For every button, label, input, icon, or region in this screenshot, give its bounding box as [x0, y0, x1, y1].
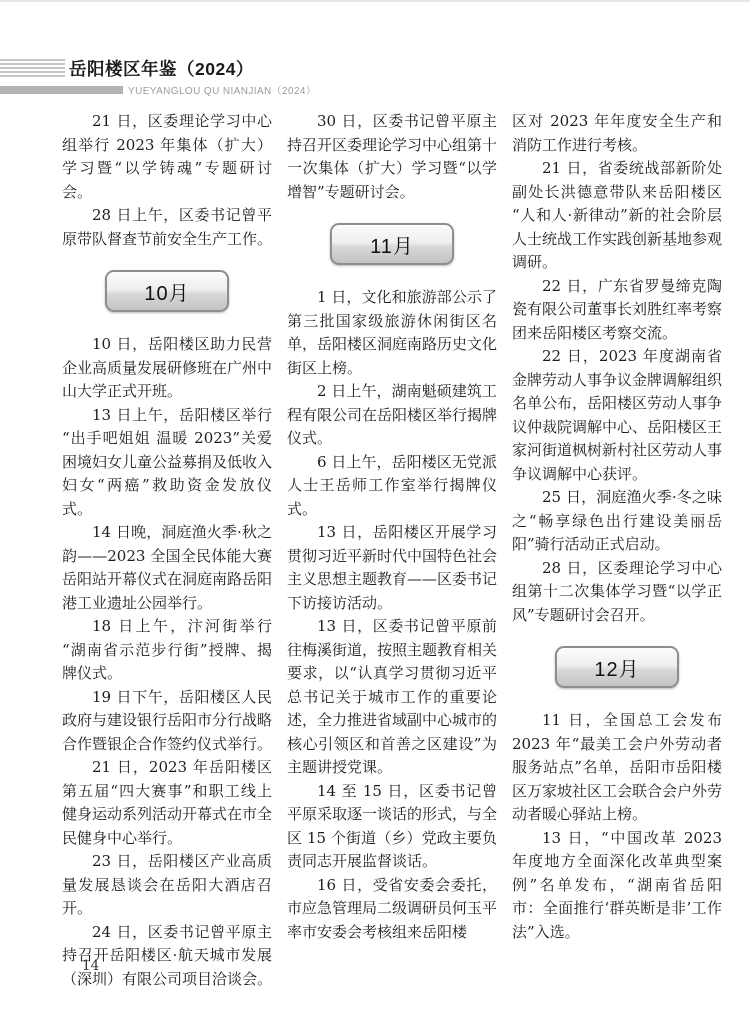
page-number: 14	[82, 958, 99, 974]
entry-paragraph: 25 日，洞庭渔火季·冬之味之“畅享绿色出行建设美丽岳阳”骑行活动正式启动。	[512, 486, 722, 557]
month-badge: 11月	[330, 223, 454, 265]
entry-paragraph: 13 日，区委书记曾平原前往梅溪街道，按照主题教育相关要求，以“认真学习贯彻习近…	[287, 615, 497, 780]
entry-paragraph: 1 日，文化和旅游部公示了第三批国家级旅游休闲街区名单，岳阳楼区洞庭南路历史文化…	[287, 286, 497, 380]
entry-paragraph: 11 日，全国总工会发布 2023 年“最美工会户外劳动者服务站点”名单，岳阳市…	[512, 709, 722, 827]
entry-paragraph: 24 日，区委书记曾平原主持召开岳阳楼区·航天城市发展（深圳）有限公司项目洽谈会…	[62, 921, 272, 992]
entry-paragraph: 22 日，2023 年度湖南省金牌劳动人事争议金牌调解组织名单公布，岳阳楼区劳动…	[512, 345, 722, 486]
entry-paragraph: 18 日上午，汴河街举行“湖南省示范步行街”授牌、揭牌仪式。	[62, 615, 272, 686]
month-badge: 12月	[555, 646, 679, 688]
entry-paragraph: 30 日，区委书记曾平原主持召开区委理论学习中心组第十一次集体（扩大）学习暨“以…	[287, 110, 497, 204]
header-stripes-decoration	[0, 59, 65, 78]
entry-paragraph: 13 日，岳阳楼区开展学习贯彻习近平新时代中国特色社会主义思想主题教育——区委书…	[287, 521, 497, 615]
entry-paragraph: 23 日，岳阳楼区产业高质量发展恳谈会在岳阳大酒店召开。	[62, 850, 272, 921]
text-column-1: 21 日，区委理论学习中心组举行 2023 年集体（扩大）学习暨“以学铸魂”专题…	[62, 110, 272, 991]
entry-paragraph: 16 日，受省安委会委托，市应急管理局二级调研员何玉平率市安委会考核组来岳阳楼	[287, 874, 497, 945]
entry-paragraph: 14 日晚，洞庭渔火季·秋之韵——2023 全国全民体能大赛岳阳站开幕仪式在洞庭…	[62, 521, 272, 615]
entry-paragraph: 21 日，区委理论学习中心组举行 2023 年集体（扩大）学习暨“以学铸魂”专题…	[62, 110, 272, 204]
entry-paragraph: 21 日，2023 年岳阳楼区第五届“四大赛事”和职工线上健身运动系列活动开幕式…	[62, 756, 272, 850]
entry-paragraph: 19 日下午，岳阳楼区人民政府与建设银行岳阳市分行战略合作暨银企合作签约仪式举行…	[62, 686, 272, 757]
header-bar-decoration	[0, 86, 123, 94]
entry-paragraph: 14 至 15 日，区委书记曾平原采取逐一谈话的形式，与全区 15 个街道（乡）…	[287, 780, 497, 874]
entry-paragraph: 22 日，广东省罗曼缔克陶瓷有限公司董事长刘胜红率考察团来岳阳楼区考察交流。	[512, 275, 722, 346]
entry-paragraph: 28 日，区委理论学习中心组第十二次集体学习暨“以学正风”专题研讨会召开。	[512, 557, 722, 628]
entry-paragraph: 区对 2023 年年度安全生产和消防工作进行考核。	[512, 110, 722, 157]
entry-paragraph: 21 日，省委统战部新阶处副处长洪德意带队来岳阳楼区“人和人·新律动”新的社会阶…	[512, 157, 722, 275]
entry-paragraph: 6 日上午，岳阳楼区无党派人士王岳师工作室举行揭牌仪式。	[287, 451, 497, 522]
page-top-edge	[0, 0, 750, 2]
text-column-2: 30 日，区委书记曾平原主持召开区委理论学习中心组第十一次集体（扩大）学习暨“以…	[287, 110, 497, 991]
month-badge: 10月	[105, 270, 229, 312]
page-body: 21 日，区委理论学习中心组举行 2023 年集体（扩大）学习暨“以学铸魂”专题…	[62, 110, 722, 991]
entry-paragraph: 28 日上午，区委书记曾平原带队督查节前安全生产工作。	[62, 204, 272, 251]
yearbook-title: 岳阳楼区年鉴（2024）	[69, 56, 254, 81]
running-head: 岳阳楼区年鉴（2024） YUEYANGLOU QU NIANJIAN（2024…	[0, 56, 316, 97]
yearbook-subtitle: YUEYANGLOU QU NIANJIAN（2024）	[128, 82, 316, 97]
text-column-3: 区对 2023 年年度安全生产和消防工作进行考核。21 日，省委统战部新阶处副处…	[512, 110, 722, 991]
entry-paragraph: 2 日上午，湖南魁硕建筑工程有限公司在岳阳楼区举行揭牌仪式。	[287, 380, 497, 451]
entry-paragraph: 13 日上午，岳阳楼区举行“出手吧姐姐 温暖 2023”关爱困境妇女儿童公益募捐…	[62, 404, 272, 522]
entry-paragraph: 13 日，“中国改革 2023 年度地方全面深化改革典型案例”名单发布，“湖南省…	[512, 827, 722, 945]
entry-paragraph: 10 日，岳阳楼区助力民营企业高质量发展研修班在广州中山大学正式开班。	[62, 333, 272, 404]
